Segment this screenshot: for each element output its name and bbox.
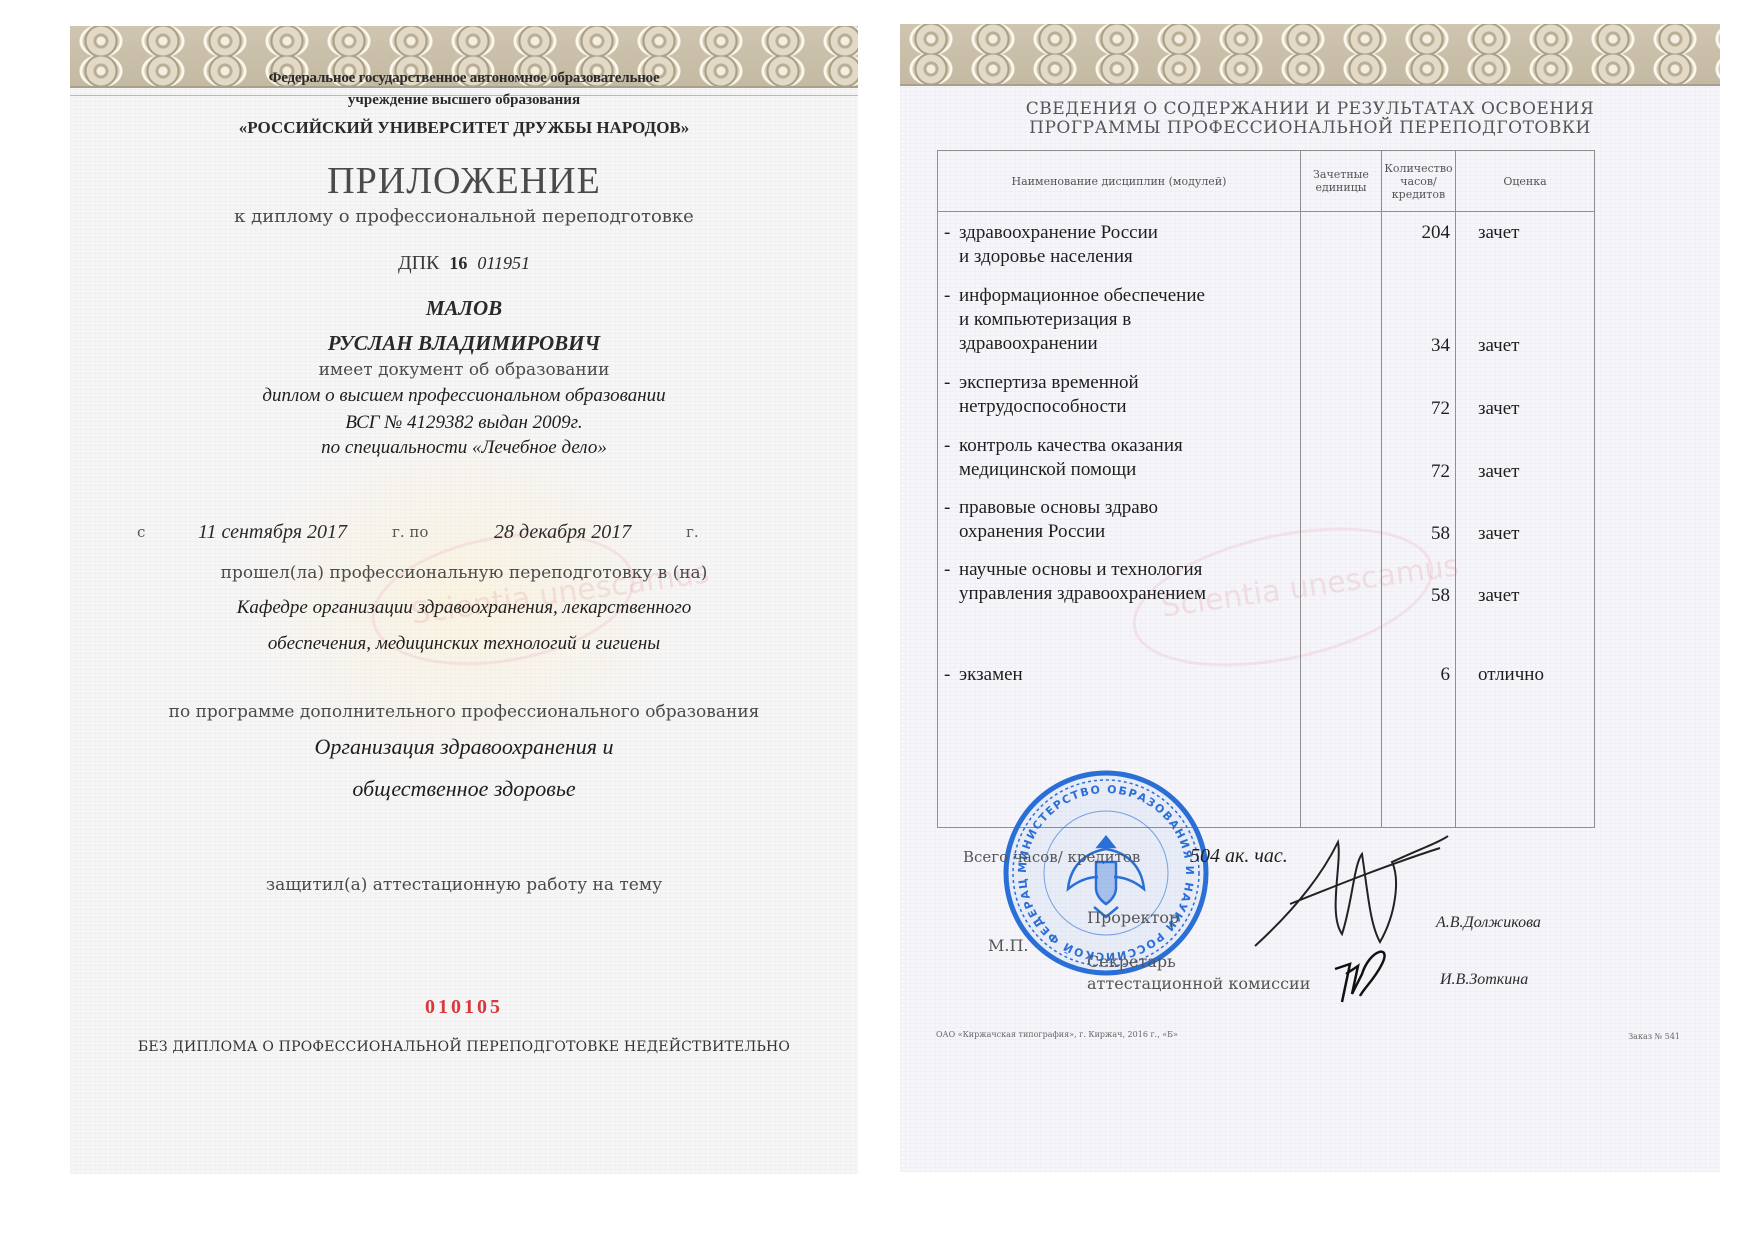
discipline-hours: 204 [1378,221,1450,245]
row-bullet: - [944,221,950,245]
period-year-label: г. [686,523,699,541]
discipline-hours: 58 [1378,522,1450,546]
completed-training-label: прошел(ла) профессиональную переподготов… [70,563,858,583]
discipline-grade: зачет [1478,522,1578,546]
printer-imprint: ОАО «Киржачская типография», г. Киржач, … [936,1030,1178,1039]
prorector-name: А.В.Должикова [1436,914,1541,932]
prior-specialty: по специальности «Лечебное дело» [70,437,858,459]
row-bullet: - [944,434,950,458]
discipline-grade: зачет [1478,221,1578,245]
department-line2: обеспечения, медицинских технологий и ги… [70,633,858,655]
header-hours: Количество часов/ кредитов [1382,151,1455,211]
prior-diploma-type: диплом о высшем профессиональном образов… [70,385,858,407]
secretary-signature [1330,944,1400,1004]
university-name: «РОССИЙСКИЙ УНИВЕРСИТЕТ ДРУЖБЫ НАРОДОВ» [70,118,858,138]
validity-note: БЕЗ ДИПЛОМА О ПРОФЕССИОНАЛЬНОЙ ПЕРЕПОДГО… [70,1039,858,1055]
header-divider [938,211,1594,212]
secretary-title-line2: аттестационной комиссии [1087,974,1310,993]
discipline-name: информационное обеспечение и компьютериз… [959,284,1299,356]
document-number: ДПК16011951 [70,252,858,275]
period-to-label: г. по [392,523,428,541]
results-title-line1: СВЕДЕНИЯ О СОДЕРЖАНИИ И РЕЗУЛЬТАТАХ ОСВО… [900,99,1720,119]
discipline-hours: 58 [1378,584,1450,608]
holder-given-names: РУСЛАН ВЛАДИМИРОВИЧ [70,331,858,356]
ornamental-header-band [900,24,1720,86]
discipline-grade: зачет [1478,584,1578,608]
total-hours-label: Всего часов/ кредитов [963,848,1140,866]
row-bullet: - [944,284,950,308]
discipline-grade: зачет [1478,460,1578,484]
holder-surname: МАЛОВ [70,296,858,321]
department-line1: Кафедре организации здравоохранения, лек… [70,597,858,619]
official-seal-stamp: МИНИСТЕРСТВО ОБРАЗОВАНИЯ И НАУКИ РОССИЙС… [1000,767,1212,979]
discipline-name: здравоохранение России и здоровье населе… [959,221,1299,269]
secretary-title-line1: Секретарь [1087,952,1176,971]
period-end-date: 28 декабря 2017 [494,521,631,544]
document-subtitle: к диплому о профессиональной переподгото… [70,206,858,227]
discipline-name: экзамен [959,663,1299,687]
results-title-line2: ПРОГРАММЫ ПРОФЕССИОНАЛЬНОЙ ПЕРЕПОДГОТОВК… [900,118,1720,138]
seal-place-label: М.П. [988,936,1029,955]
row-bullet: - [944,371,950,395]
document-serial: 011951 [477,253,530,273]
program-name-line2: общественное здоровье [70,776,858,802]
discipline-name: правовые основы здраво охранения России [959,496,1299,544]
program-name-line1: Организация здравоохранения и [70,734,858,760]
diploma-supplement-front-page: Scientia unescamus Федеральное государст… [70,26,858,1174]
program-label: по программе дополнительного профессиона… [70,702,858,722]
organization-type-line1: Федеральное государственное автономное о… [70,70,858,87]
results-table: Наименование дисциплин (модулей) Зачетны… [937,150,1595,828]
row-bullet: - [944,663,950,687]
period-start-date: 11 сентября 2017 [198,521,347,544]
training-period: с 11 сентября 2017 г. по 28 декабря 2017… [70,521,858,547]
column-divider [1381,151,1382,827]
column-divider [1300,151,1301,827]
education-document-label: имеет документ об образовании [70,360,858,380]
row-bullet: - [944,496,950,520]
row-bullet: - [944,558,950,582]
secretary-name: И.В.Зоткина [1440,971,1528,989]
discipline-name: экспертиза временной нетрудоспособности [959,371,1299,419]
discipline-hours: 72 [1378,397,1450,421]
print-order-number: Заказ № 541 [1628,1032,1680,1041]
discipline-name: контроль качества оказания медицинской п… [959,434,1299,482]
organization-type-line2: учреждение высшего образования [70,92,858,109]
prior-diploma-number: ВСГ № 4129382 выдан 2009г. [70,412,858,434]
header-grade: Оценка [1456,151,1594,211]
discipline-grade: зачет [1478,334,1578,358]
discipline-grade: зачет [1478,397,1578,421]
document-title: ПРИЛОЖЕНИЕ [70,159,858,203]
document-series: ДПК [398,252,439,274]
header-credit-units: Зачетные единицы [1301,151,1381,211]
discipline-hours: 6 [1378,663,1450,687]
discipline-name: научные основы и технология управления з… [959,558,1299,606]
prorector-signature [1250,824,1450,954]
prorector-title: Проректор [1087,908,1179,927]
column-divider [1455,151,1456,827]
discipline-grade: отлично [1478,663,1578,687]
total-hours-value: 504 ак. час. [1190,845,1288,868]
discipline-hours: 34 [1378,334,1450,358]
document-region-code: 16 [449,253,467,273]
thesis-label: защитил(а) аттестационную работу на тему [70,875,858,895]
discipline-hours: 72 [1378,460,1450,484]
header-discipline-name: Наименование дисциплин (модулей) [938,151,1300,211]
form-serial-number: 010105 [70,996,858,1019]
period-from-label: с [137,523,145,541]
diploma-supplement-results-page: Scientia unescamus СВЕДЕНИЯ О СОДЕРЖАНИИ… [900,24,1720,1172]
